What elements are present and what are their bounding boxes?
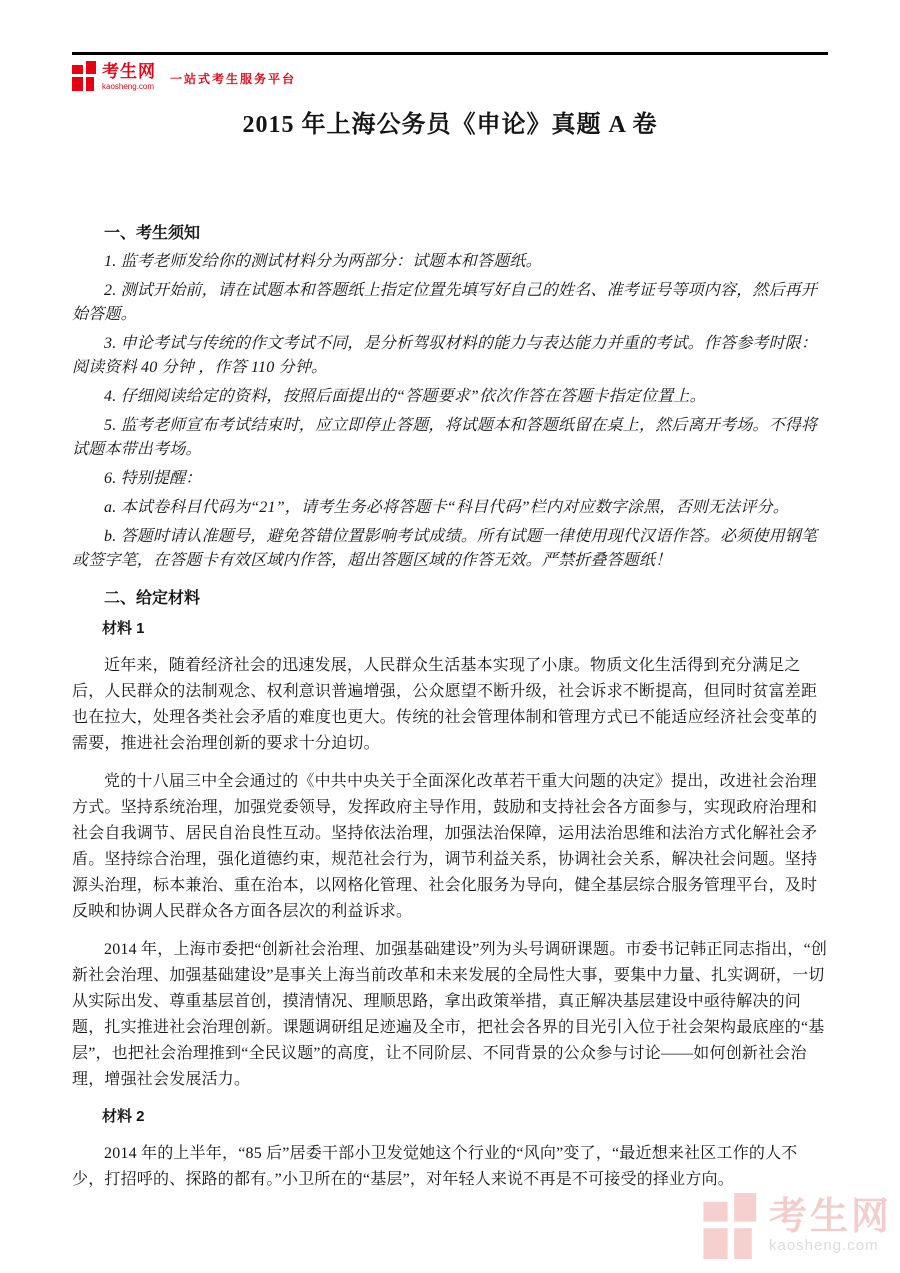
header-divider [72,52,828,55]
material-1-label: 材料 1 [72,617,828,641]
page-header: 考生网 kaosheng.com 一站式考生服务平台 [72,52,828,91]
notice-item: 3. 申论考试与传统的作文考试不同，是分析驾驭材料的能力与表达能力并重的考试。作… [72,332,828,380]
kaosheng-logo-icon [72,61,98,91]
brand-domain: kaosheng.com [102,82,156,91]
section-materials: 二、给定材料 材料 1 近年来，随着经济社会的迅速发展，人民群众生活基本实现了小… [72,587,828,1193]
brand-text: 考生网 kaosheng.com [102,63,156,91]
material-1-paragraph: 党的十八届三中全会通过的《中共中央关于全面深化改革若干重大问题的决定》提出，改进… [72,769,828,925]
notice-heading: 一、考生须知 [72,222,828,246]
notice-item: a. 本试卷科目代码为“21”，请考生务必将答题卡“科目代码”栏内对应数字涂黑，… [72,496,828,520]
notice-item: 1. 监考老师发给你的测试材料分为两部分：试题本和答题纸。 [72,250,828,274]
brand-logo: 考生网 kaosheng.com 一站式考生服务平台 [72,61,828,91]
materials-heading: 二、给定材料 [72,587,828,611]
material-2-label: 材料 2 [72,1105,828,1129]
notice-item: 4. 仔细阅读给定的资料，按照后面提出的“答题要求”依次作答在答题卡指定位置上。 [72,385,828,409]
section-notice: 一、考生须知 1. 监考老师发给你的测试材料分为两部分：试题本和答题纸。 2. … [72,222,828,573]
material-1-paragraph: 近年来，随着经济社会的迅速发展，人民群众生活基本实现了小康。物质文化生活得到充分… [72,653,828,757]
watermark-domain: kaosheng.com [769,1237,892,1255]
document-page: 考生网 kaosheng.com 一站式考生服务平台 2015 年上海公务员《申… [0,0,900,1273]
brand-name: 考生网 [102,62,156,81]
notice-item: 6. 特别提醒： [72,467,828,491]
document-body: 2015 年上海公务员《申论》真题 A 卷 一、考生须知 1. 监考老师发给你的… [72,110,828,1205]
brand-tagline: 一站式考生服务平台 [170,70,296,91]
notice-item: 5. 监考老师宣布考试结束时，应立即停止答题，将试题本和答题纸留在桌上，然后离开… [72,414,828,462]
page-title: 2015 年上海公务员《申论》真题 A 卷 [72,110,828,140]
notice-item: 2. 测试开始前，请在试题本和答题纸上指定位置先填写好自己的姓名、准考证号等项内… [72,279,828,327]
notice-item: b. 答题时请认准题号，避免答错位置影响考试成绩。所有试题一律使用现代汉语作答。… [72,525,828,573]
material-1-paragraph: 2014 年，上海市委把“创新社会治理、加强基础建设”列为头号调研课题。市委书记… [72,937,828,1093]
material-2-paragraph: 2014 年的上半年，“85 后”居委干部小卫发觉她这个行业的“风向”变了，“最… [72,1141,828,1193]
